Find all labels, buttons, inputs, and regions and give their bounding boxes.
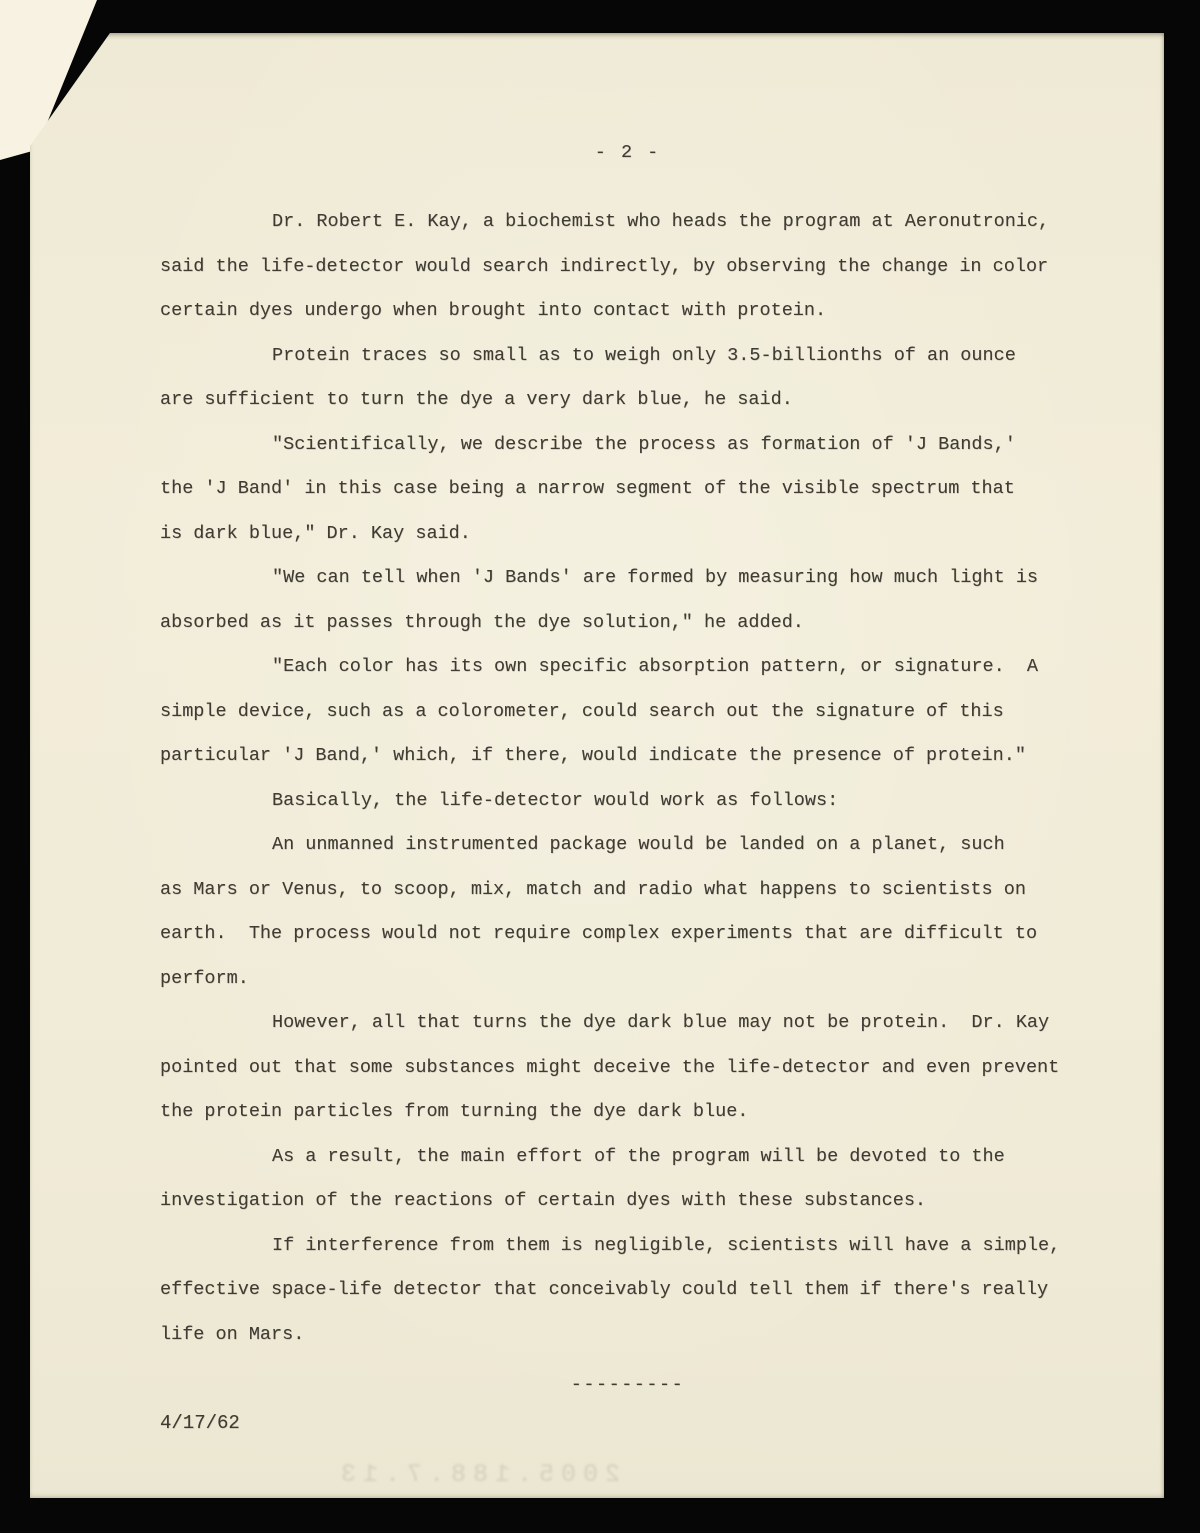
text-line: investigation of the reactions of certai… xyxy=(160,1179,1120,1224)
page-number: - 2 - xyxy=(160,131,1095,175)
text-line: effective space-life detector that conce… xyxy=(160,1268,1120,1313)
text-line: Protein traces so small as to weigh only… xyxy=(160,334,1120,379)
text-line: "Scientifically, we describe the process… xyxy=(160,423,1120,468)
text-line: As a result, the main effort of the prog… xyxy=(160,1135,1120,1180)
document-page: - 2 - Dr. Robert E. Kay, a biochemist wh… xyxy=(30,33,1164,1498)
text-line: particular 'J Band,' which, if there, wo… xyxy=(160,734,1120,779)
text-line: the protein particles from turning the d… xyxy=(160,1090,1120,1135)
date-stamp: 4/17/62 xyxy=(160,1401,240,1445)
text-line: An unmanned instrumented package would b… xyxy=(160,823,1120,868)
text-line: Dr. Robert E. Kay, a biochemist who head… xyxy=(160,200,1120,245)
text-line: life on Mars. xyxy=(160,1313,1120,1358)
body-text: Dr. Robert E. Kay, a biochemist who head… xyxy=(160,200,1120,1357)
text-line: the 'J Band' in this case being a narrow… xyxy=(160,467,1120,512)
text-line: pointed out that some substances might d… xyxy=(160,1046,1120,1091)
text-line: is dark blue," Dr. Kay said. xyxy=(160,512,1120,557)
separator-dashes: --------- xyxy=(160,1363,1095,1407)
text-line: as Mars or Venus, to scoop, mix, match a… xyxy=(160,868,1120,913)
text-line: "We can tell when 'J Bands' are formed b… xyxy=(160,556,1120,601)
text-line: However, all that turns the dye dark blu… xyxy=(160,1001,1120,1046)
photo-background: - 2 - Dr. Robert E. Kay, a biochemist wh… xyxy=(0,0,1200,1533)
text-line: absorbed as it passes through the dye so… xyxy=(160,601,1120,646)
text-line: said the life-detector would search indi… xyxy=(160,245,1120,290)
text-line: certain dyes undergo when brought into c… xyxy=(160,289,1120,334)
bleed-through-accession-number: 2005.188.7.13 xyxy=(100,1460,620,1489)
text-line: "Each color has its own specific absorpt… xyxy=(160,645,1120,690)
text-line: are sufficient to turn the dye a very da… xyxy=(160,378,1120,423)
text-line: If interference from them is negligible,… xyxy=(160,1224,1120,1269)
text-line: Basically, the life-detector would work … xyxy=(160,779,1120,824)
text-line: earth. The process would not require com… xyxy=(160,912,1120,957)
text-line: simple device, such as a colorometer, co… xyxy=(160,690,1120,735)
text-line: perform. xyxy=(160,957,1120,1002)
